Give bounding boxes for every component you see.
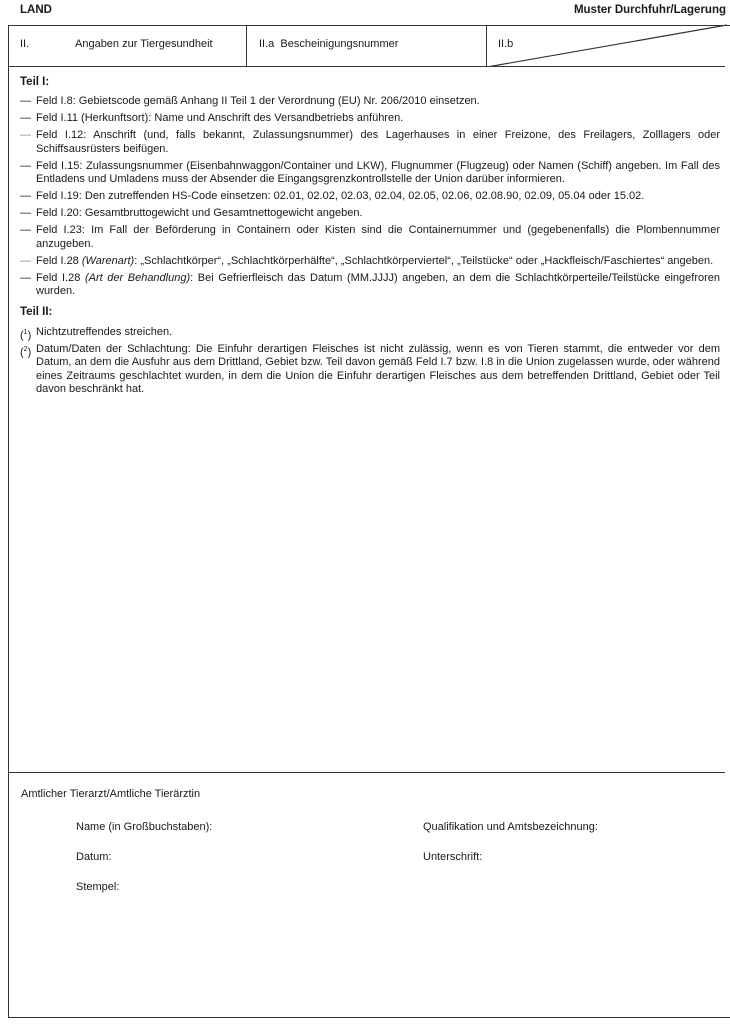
teil1-item: —Feld I.28 (Warenart): „Schlachtkörper“,…	[20, 255, 720, 268]
name-label: Name (in Großbuchstaben):	[76, 821, 212, 833]
teil2-list: (1)Nichtzutreffendes streichen.(2)Datum/…	[20, 326, 720, 397]
dash-bullet: —	[20, 207, 31, 220]
item-text: Feld I.8: Gebietscode gemäß Anhang II Te…	[36, 95, 480, 107]
certificate-frame: II. Angaben zur Tiergesundheit II.a Besc…	[8, 25, 730, 1018]
dash-bullet: —	[20, 129, 31, 142]
teil1-item: —Feld I.11 (Herkunftsort): Name und Ansc…	[20, 112, 720, 125]
signature-label: Unterschrift:	[423, 851, 482, 863]
item-text: Feld I.15: Zulassungsnummer (Eisenbahnwa…	[36, 160, 720, 185]
item-text: Feld I.20: Gesamtbruttogewicht und Gesam…	[36, 207, 363, 219]
teil2-title: Teil II:	[20, 306, 720, 319]
qualification-label: Qualifikation und Amtsbezeichnung:	[423, 821, 598, 833]
footnote: (1)Nichtzutreffendes streichen.	[20, 326, 720, 339]
dash-bullet: —	[20, 272, 31, 285]
certificate-header-row: II. Angaben zur Tiergesundheit II.a Besc…	[9, 26, 725, 67]
stamp-label: Stempel:	[76, 881, 119, 893]
item-text: Feld I.28 (Art der Behandlung): Bei Gefr…	[36, 272, 720, 297]
item-text: Feld I.23: Im Fall der Beförderung in Co…	[36, 224, 720, 249]
teil1-item: —Feld I.23: Im Fall der Beförderung in C…	[20, 224, 720, 251]
footnote-text: Datum/Daten der Schlachtung: Die Einfuhr…	[36, 343, 720, 395]
footnote-text: Nichtzutreffendes streichen.	[36, 326, 172, 338]
certificate-ref-cell: II.a Bescheinigungsnummer	[247, 26, 487, 66]
footnote-mark: (1)	[20, 326, 31, 343]
dash-bullet: —	[20, 224, 31, 237]
item-text: Feld I.19: Den zutreffenden HS-Code eins…	[36, 190, 644, 202]
footnote-mark: (2)	[20, 343, 31, 360]
section-number: II.	[20, 38, 29, 50]
dash-bullet: —	[20, 95, 31, 108]
teil1-item: —Feld I.28 (Art der Behandlung): Bei Gef…	[20, 272, 720, 299]
section-title: Angaben zur Tiergesundheit	[75, 38, 213, 50]
teil1-list: —Feld I.8: Gebietscode gemäß Anhang II T…	[20, 95, 720, 298]
dash-bullet: —	[20, 112, 31, 125]
teil1-item: —Feld I.20: Gesamtbruttogewicht und Gesa…	[20, 207, 720, 220]
dash-bullet: —	[20, 190, 31, 203]
item-text: Feld I.11 (Herkunftsort): Name und Ansch…	[36, 112, 403, 124]
signature-divider	[9, 772, 725, 773]
dash-bullet: —	[20, 160, 31, 173]
teil1-item: —Feld I.19: Den zutreffenden HS-Code ein…	[20, 190, 720, 203]
certificate-ref-label: II.a Bescheinigungsnummer	[259, 38, 398, 50]
item-text: Feld I.12: Anschrift (und, falls bekannt…	[36, 129, 720, 154]
teil1-item: —Feld I.8: Gebietscode gemäß Anhang II T…	[20, 95, 720, 108]
teil1-title: Teil I:	[20, 76, 720, 89]
country-label: LAND	[20, 4, 52, 16]
signature-title: Amtlicher Tierarzt/Amtliche Tierärztin	[21, 788, 200, 800]
notes-content: Teil I: —Feld I.8: Gebietscode gemäß Anh…	[20, 76, 720, 400]
teil1-item: —Feld I.12: Anschrift (und, falls bekann…	[20, 129, 720, 156]
section-cell: II. Angaben zur Tiergesundheit	[9, 26, 247, 66]
teil1-item: —Feld I.15: Zulassungsnummer (Eisenbahnw…	[20, 160, 720, 187]
date-label: Datum:	[76, 851, 111, 863]
footnote: (2)Datum/Daten der Schlachtung: Die Einf…	[20, 343, 720, 397]
diagonal-strike-line	[487, 23, 727, 67]
model-title: Muster Durchfuhr/Lagerung	[574, 4, 726, 16]
item-text: Feld I.28 (Warenart): „Schlachtkörper“, …	[36, 255, 713, 267]
dash-bullet: —	[20, 255, 31, 268]
